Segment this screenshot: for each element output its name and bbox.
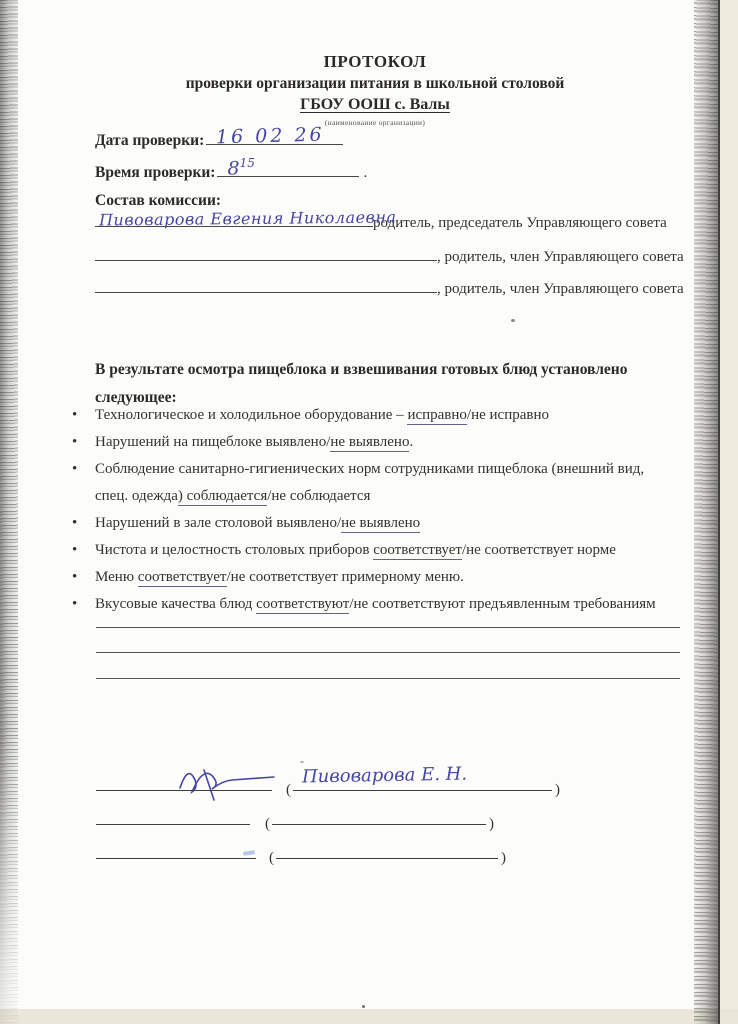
commission-role-2: , родитель, член Управляющего совета	[437, 249, 684, 266]
commission-name-line-2	[95, 240, 437, 261]
findings-list: Технологическое и холодильное оборудован…	[68, 402, 674, 618]
finding-6-post: /не соответствует примерному меню.	[227, 569, 464, 585]
signature-line-3	[96, 858, 256, 859]
finding-1-post: /не исправно	[467, 407, 549, 423]
signature-line-2	[96, 824, 250, 825]
finding-3-post: /не соблюдается	[267, 488, 370, 504]
finding-7-post: /не соответствуют предъявленным требован…	[349, 596, 655, 612]
finding-item-5: Чистота и целостность столовых приборов …	[68, 537, 674, 564]
time-blank-line: 815	[217, 156, 359, 177]
finding-item-6: Меню соответствует/не соответствует прим…	[68, 564, 674, 591]
finding-5-selected-option: соответствует	[373, 542, 462, 560]
finding-2-selected-option: не выявлено	[330, 434, 409, 452]
time-row: Время проверки: 815 .	[95, 156, 367, 182]
scan-speck	[511, 319, 515, 322]
open-paren-3: (	[269, 850, 274, 867]
finding-item-2: Нарушений на пищеблоке выявлено/не выявл…	[68, 429, 674, 456]
signature-stroke	[170, 758, 280, 802]
ink-smudge	[243, 850, 255, 856]
finding-5-post: /не соответствует норме	[462, 542, 616, 558]
finding-3-selected-option: ) соблюдается	[178, 488, 267, 506]
signature-handwritten-name-1: Пивоварова Е. Н.	[302, 764, 467, 788]
finding-4-selected-option: не выявлено	[341, 515, 420, 533]
finding-1-pre: Технологическое и холодильное оборудован…	[95, 407, 407, 423]
date-blank-line: 16 02 26	[206, 124, 343, 145]
time-handwritten-value: 815	[227, 156, 254, 179]
finding-item-3: Соблюдение санитарно-гигиенических норм …	[68, 456, 674, 510]
scan-speck	[362, 1005, 365, 1008]
commission-role-1: родитель, председатель Управляющего сове…	[373, 215, 667, 232]
signature-name-line-1	[293, 790, 552, 791]
finding-1-selected-option: исправно	[407, 407, 466, 425]
time-minutes-superscript: 15	[240, 156, 255, 170]
finding-6-selected-option: соответствует	[138, 569, 227, 587]
commission-row-2: , родитель, член Управляющего совета	[95, 240, 684, 266]
commission-role-3: , родитель, член Управляющего совета	[437, 281, 684, 298]
protocol-document: ПРОТОКОЛ проверки организации питания в …	[0, 0, 738, 1024]
blank-ruled-line-3	[96, 678, 680, 679]
commission-name-line-3	[95, 272, 437, 293]
scanned-page: ПРОТОКОЛ проверки организации питания в …	[0, 0, 738, 1024]
finding-2-post: .	[409, 434, 413, 450]
open-paren-2: (	[265, 816, 270, 833]
finding-item-7: Вкусовые качества блюд соответствуют/не …	[68, 591, 674, 618]
date-handwritten-value: 16 02 26	[216, 124, 325, 149]
date-row: Дата проверки: 16 02 26	[95, 124, 343, 150]
blank-ruled-line-1	[96, 627, 680, 628]
commission-row-1: Пивоварова Евгения Николаевна родитель, …	[95, 206, 667, 232]
document-title: ПРОТОКОЛ	[30, 52, 720, 72]
signature-line-1	[96, 790, 272, 791]
organization-name: ГБОУ ООШ с. Валы	[30, 96, 720, 114]
close-paren-3: )	[501, 850, 506, 867]
open-paren-1: (	[286, 782, 291, 799]
finding-5-pre: Чистота и целостность столовых приборов	[95, 542, 373, 558]
date-label: Дата проверки:	[95, 132, 204, 150]
commission-name-line-1: Пивоварова Евгения Николаевна	[95, 206, 373, 227]
finding-7-pre: Вкусовые качества блюд	[95, 596, 256, 612]
commission-row-3: , родитель, член Управляющего совета	[95, 272, 684, 298]
close-paren-1: )	[555, 782, 560, 799]
finding-item-4: Нарушений в зале столовой выявлено/не вы…	[68, 510, 674, 537]
document-subtitle: проверки организации питания в школьной …	[30, 75, 720, 93]
finding-7-selected-option: соответствуют	[256, 596, 349, 614]
finding-6-pre: Меню	[95, 569, 138, 585]
signature-name-line-3	[276, 858, 498, 859]
finding-2-pre: Нарушений на пищеблоке выявлено/	[95, 434, 330, 450]
close-paren-2: )	[489, 816, 494, 833]
blank-ruled-line-2	[96, 652, 680, 653]
signature-name-line-2	[272, 824, 486, 825]
scan-speck	[300, 761, 304, 763]
finding-4-pre: Нарушений в зале столовой выявлено/	[95, 515, 341, 531]
finding-item-1: Технологическое и холодильное оборудован…	[68, 402, 674, 429]
time-trailing-period: .	[363, 165, 367, 182]
commission-handwritten-name-1: Пивоварова Евгения Николаевна	[99, 207, 397, 229]
time-hour: 8	[227, 157, 239, 179]
time-label: Время проверки:	[95, 164, 215, 182]
